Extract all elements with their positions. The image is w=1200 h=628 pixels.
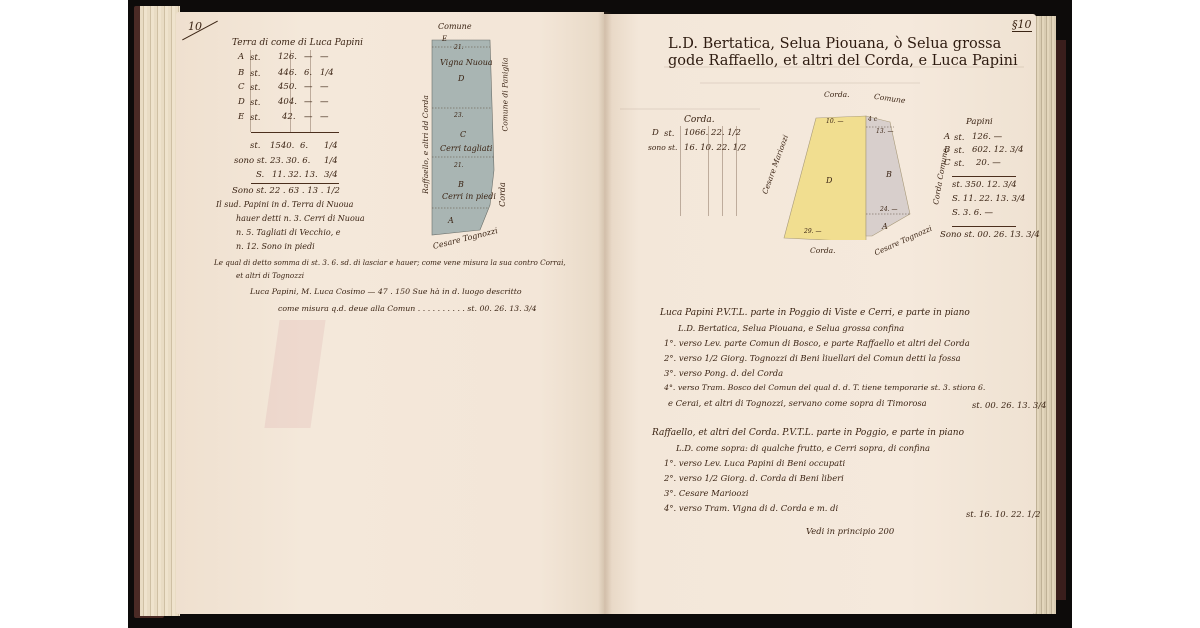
corda-row-letter: D (652, 128, 659, 138)
papini-row-unit: st. (954, 146, 964, 156)
papini-row-value: 20. — (976, 158, 1001, 168)
measure-a-top: 24. — (880, 206, 897, 213)
faint-line (700, 82, 920, 84)
papini-row-letter: A (944, 132, 950, 142)
row-letter: B (238, 68, 244, 78)
gutter-shadow (598, 12, 612, 614)
sum-line (952, 176, 1016, 177)
entry-line: 4°. verso Tram. Bosco del Comun del qual… (664, 383, 985, 392)
parcel-a: A (882, 222, 888, 231)
row-unit: st. (250, 83, 260, 93)
entry-line: 1°. verso Lev. Luca Papini di Beni occup… (664, 458, 845, 468)
note-line: hauer detti n. 3. Cerri di Nuoua (236, 214, 365, 223)
row-letter: E (238, 112, 244, 122)
measure-top-b: 4 c (868, 116, 877, 123)
table-rule (708, 126, 709, 216)
entry-total: st. 16. 10. 22. 1/2 (966, 509, 1040, 519)
sum-line (251, 183, 339, 184)
measure-b-top: 13. — (876, 128, 893, 135)
papini-grand-total: Sono st. 00. 26. 13. 3/4 (940, 230, 1040, 240)
table-rule (680, 126, 681, 216)
parcel-b: B (886, 170, 892, 179)
entry-line: e Cerai, et altri di Tognozzi, servano c… (668, 398, 927, 408)
total-label: sono st. (234, 156, 267, 166)
entry-line: 2°. verso 1/2 Giorg. Tognozzi di Beni li… (664, 353, 961, 363)
note-line: n. 12. Sono in piedi (236, 242, 315, 251)
row-unit: st. (250, 98, 260, 108)
right-page-number: §10 (1012, 18, 1032, 32)
row-unit: st. (250, 69, 260, 79)
map-border-top: Comune (438, 22, 472, 31)
entry-line: 3°. verso Pong. d. del Corda (664, 368, 783, 378)
row-sub: — (304, 112, 313, 122)
left-page-number: 10 (188, 20, 202, 33)
parcel-d: D (826, 176, 832, 185)
papini-row-unit: st. (954, 159, 964, 169)
parcel-a: A (448, 216, 454, 225)
right-page-title: L.D. Bertatica, Selua Piouana, ò Selua g… (668, 36, 1018, 70)
paragraph-line: Luca Papini, M. Luca Cosimo — 47 . 150 S… (250, 287, 522, 296)
papini-row-value: 602. 12. 3/4 (972, 145, 1024, 155)
parcel-c: C (460, 130, 466, 139)
sum-line (251, 132, 339, 133)
entry-line: L.D. come sopra: di qualche frutto, e Ce… (676, 443, 930, 453)
papini-total: S. 3. 6. — (952, 208, 993, 218)
papini-total: st. 350. 12. 3/4 (952, 180, 1017, 190)
papini-row-letter: B (944, 145, 950, 155)
map-border-left: Raffaello, e altri dd Corda (421, 95, 430, 194)
table-rule (736, 126, 737, 216)
row-sub: 6. (304, 68, 312, 78)
total-frac: 3/4 (324, 170, 338, 180)
faint-line (620, 108, 760, 110)
papini-header: Papini (966, 117, 993, 127)
papini-row-unit: st. (954, 133, 964, 143)
row-sub: — (304, 52, 313, 62)
papini-row-letter: C (944, 158, 951, 168)
row-letter: A (238, 52, 244, 62)
entry-footer: Vedi in principio 200 (806, 526, 894, 536)
paragraph-line: Le qual di detto somma di st. 3. 6. sd. … (214, 258, 566, 267)
left-table-title: Terra di come di Luca Papini (232, 38, 363, 48)
left-parcel-map: Comune E Vigna Nuoua D 21. 23. C Cerri t… (428, 30, 538, 254)
measure-top-d: 10. — (826, 118, 843, 125)
entry-line: 3°. Cesare Marioozi (664, 488, 749, 498)
corda-header: Corda. (684, 115, 715, 125)
note-line: Il sud. Papini in d. Terra di Nuoua (216, 200, 353, 209)
parcel-c-measure: 23. (454, 112, 464, 119)
row-value: 126. (278, 52, 297, 62)
papini-row-value: 126. — (972, 132, 1002, 142)
note-line: n. 5. Tagliati di Vecchio, e (236, 228, 341, 237)
title-line-1: L.D. Bertatica, Selua Piouana, ò Selua g… (668, 36, 1018, 53)
parcel-d-measure: 21. (454, 44, 464, 51)
parcel-d-label: Vigna Nuoua (440, 58, 493, 67)
entry-line: Luca Papini P.V.T.L. parte in Poggio di … (660, 308, 970, 318)
entry-line: Raffaello, et altri del Corda. P.V.T.L. … (652, 428, 964, 438)
row-unit: st. (250, 113, 260, 123)
corda-row-letter: sono st. (648, 143, 677, 152)
total-frac: 1/4 (324, 141, 338, 151)
total-label: S. (256, 170, 264, 180)
faint-line (664, 66, 1024, 68)
row-frac: 1/4 (320, 68, 334, 78)
total-value: 23. (270, 156, 284, 166)
map-border-right-lower: Corda (498, 182, 507, 207)
parcel-d: D (458, 74, 464, 83)
page-edges-right (1034, 16, 1056, 614)
paragraph-line: et altri di Tognozzi (236, 271, 304, 280)
row-letter: D (238, 97, 245, 107)
row-frac: — (320, 82, 329, 92)
total-frac: 1/4 (324, 156, 338, 166)
row-frac: — (320, 52, 329, 62)
parcel-c-label: Cerri tagliati (440, 144, 492, 153)
map-border-right: Comune di Paniglia (500, 58, 509, 132)
parcel-b-measure: 21. (454, 162, 464, 169)
entry-line: 2°. verso 1/2 Giorg. d. Corda di Beni li… (664, 473, 844, 483)
row-frac: — (320, 97, 329, 107)
total-label: st. (250, 141, 260, 151)
row-value: 446. (278, 68, 297, 78)
row-frac: — (320, 112, 329, 122)
right-map-drawing (782, 100, 942, 240)
table-rule (722, 126, 723, 216)
corda-row-value: 1066. 22. 1/2 (684, 128, 741, 138)
map-top-left-label: Corda. (824, 90, 850, 99)
row-value: 42. (282, 112, 296, 122)
total-sub: 32. 13. (288, 170, 318, 180)
measure-bottom-d: 29. — (804, 228, 821, 235)
entry-total: st. 00. 26. 13. 3/4 (972, 400, 1046, 410)
papini-total: S. 11. 22. 13. 3/4 (952, 194, 1025, 204)
total-value: 11. (272, 170, 286, 180)
parcel-b-label: Cerri in piedi (442, 192, 496, 201)
parcel-b: B (458, 180, 464, 189)
corda-row-unit: st. (664, 129, 674, 139)
row-letter: C (238, 82, 245, 92)
row-unit: st. (250, 53, 260, 63)
grand-total: Sono st. 22 . 63 . 13 . 1/2 (232, 186, 340, 196)
row-value: 404. (278, 97, 297, 107)
right-parcel-map: Corda. Comune 10. — 4 c 13. — D B A 24. … (782, 100, 942, 244)
entry-line: L.D. Bertatica, Selua Piouana, e Selua g… (678, 323, 904, 333)
total-value: 1540. (270, 141, 294, 151)
row-value: 450. (278, 82, 297, 92)
total-sub: 30. 6. (286, 156, 310, 166)
sum-line (952, 226, 1016, 227)
map-bottom-left-label: Corda. (810, 246, 836, 255)
row-sub: — (304, 82, 313, 92)
page-edges-left (140, 6, 180, 616)
entry-line: 4°. verso Tram. Vigna di d. Corda e m. d… (664, 503, 838, 513)
row-sub: — (304, 97, 313, 107)
entry-line: 1°. verso Lev. parte Comun di Bosco, e p… (664, 338, 970, 348)
paragraph-line: come misura q.d. deue alla Comun . . . .… (278, 304, 537, 313)
parcel-e: E (442, 35, 447, 43)
total-sub: 6. (300, 141, 308, 151)
